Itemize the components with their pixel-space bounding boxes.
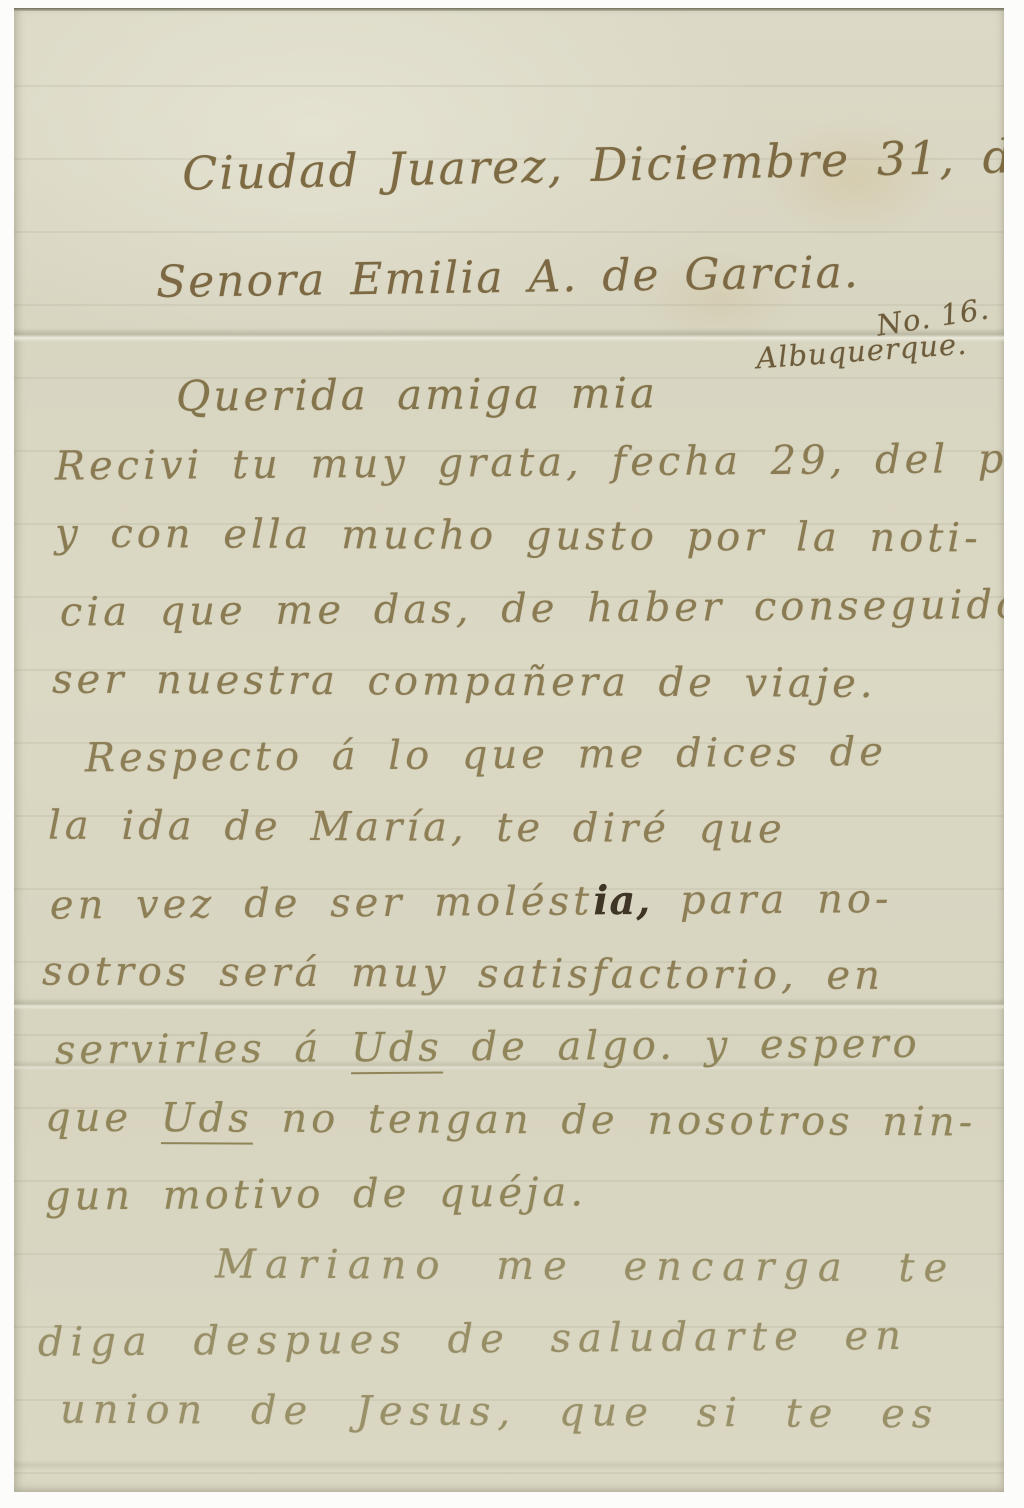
- letter-text-segment: Uds: [351, 1025, 443, 1075]
- letter-text-segment: ia,: [593, 877, 651, 924]
- letter-body: Recivi tu muy grata, fecha 29, del pte,y…: [14, 440, 1004, 1462]
- letter-line: ser nuestra compañera de viaje.: [14, 656, 1004, 734]
- letter-text-segment: Uds: [161, 1095, 253, 1144]
- annotation-place: Albuquerque.: [755, 327, 968, 376]
- letter-text-segment: y con ella mucho gusto por la noti-: [55, 511, 982, 562]
- letter-text-segment: para no-: [651, 876, 893, 924]
- letter-text-segment: diga despues de saludarte en: [38, 1313, 908, 1366]
- letter-text-segment: en vez de ser molést: [50, 878, 594, 928]
- letter-line: y con ella mucho gusto por la noti-: [14, 510, 1004, 588]
- letter-line: Mariano me encarga te: [14, 1240, 1004, 1318]
- letter-text-segment: la ida de María, te diré que: [48, 803, 786, 853]
- letter-line: la ida de María, te diré que: [14, 802, 1004, 880]
- letter-text-segment: sotros será muy satisfactorio, en: [42, 949, 884, 999]
- letter-line: Recivi tu muy grata, fecha 29, del pte,: [14, 436, 1004, 517]
- letter-text-segment: Recivi tu muy grata, fecha 29, del pte,: [55, 436, 1004, 490]
- letter-text-segment: Respecto á lo que me dices de: [85, 729, 887, 781]
- letter-line: union de Jesus, que si te es: [14, 1386, 1004, 1464]
- letter-paper: Ciudad Juarez, Diciembre 31, de 1890 Sen…: [14, 8, 1004, 1492]
- salutation: Querida amiga mia: [176, 368, 658, 420]
- letter-text-segment: de algo. y espero: [443, 1021, 921, 1071]
- letter-text-segment: ser nuestra compañera de viaje.: [52, 657, 877, 707]
- letter-line: gun motivo de quéja.: [14, 1166, 1004, 1247]
- dateline: Ciudad Juarez, Diciembre 31, de 1890: [182, 125, 1004, 200]
- letter-line: sotros será muy satisfactorio, en: [14, 948, 1004, 1026]
- letter-text-segment: Mariano me encarga te: [215, 1241, 956, 1291]
- letter-line: diga despues de saludarte en: [14, 1312, 1004, 1393]
- letter-text-segment: no tengan de nosotros nin-: [253, 1096, 977, 1146]
- letter-text-segment: que: [45, 1095, 161, 1142]
- letter-text-segment: gun motivo de quéja.: [45, 1169, 587, 1219]
- letter-text-segment: union de Jesus, que si te es: [60, 1387, 940, 1438]
- recipient-line: Senora Emilia A. de Garcia.: [156, 247, 860, 308]
- paper-top-edge-shadow: [14, 8, 1004, 11]
- letter-text-segment: cia que me das, de haber conseguido: [60, 582, 1004, 636]
- letter-line: servirles á Uds de algo. y espero: [14, 1020, 1004, 1101]
- letter-line: Respecto á lo que me dices de: [14, 728, 1004, 809]
- letter-line: en vez de ser moléstia, para no-: [14, 874, 1004, 955]
- letter-line: que Uds no tengan de nosotros nin-: [14, 1094, 1004, 1172]
- letter-line: cia que me das, de haber conseguido: [14, 582, 1004, 663]
- scanned-letter-page: Ciudad Juarez, Diciembre 31, de 1890 Sen…: [0, 0, 1024, 1508]
- letter-text-segment: servirles á: [55, 1025, 351, 1073]
